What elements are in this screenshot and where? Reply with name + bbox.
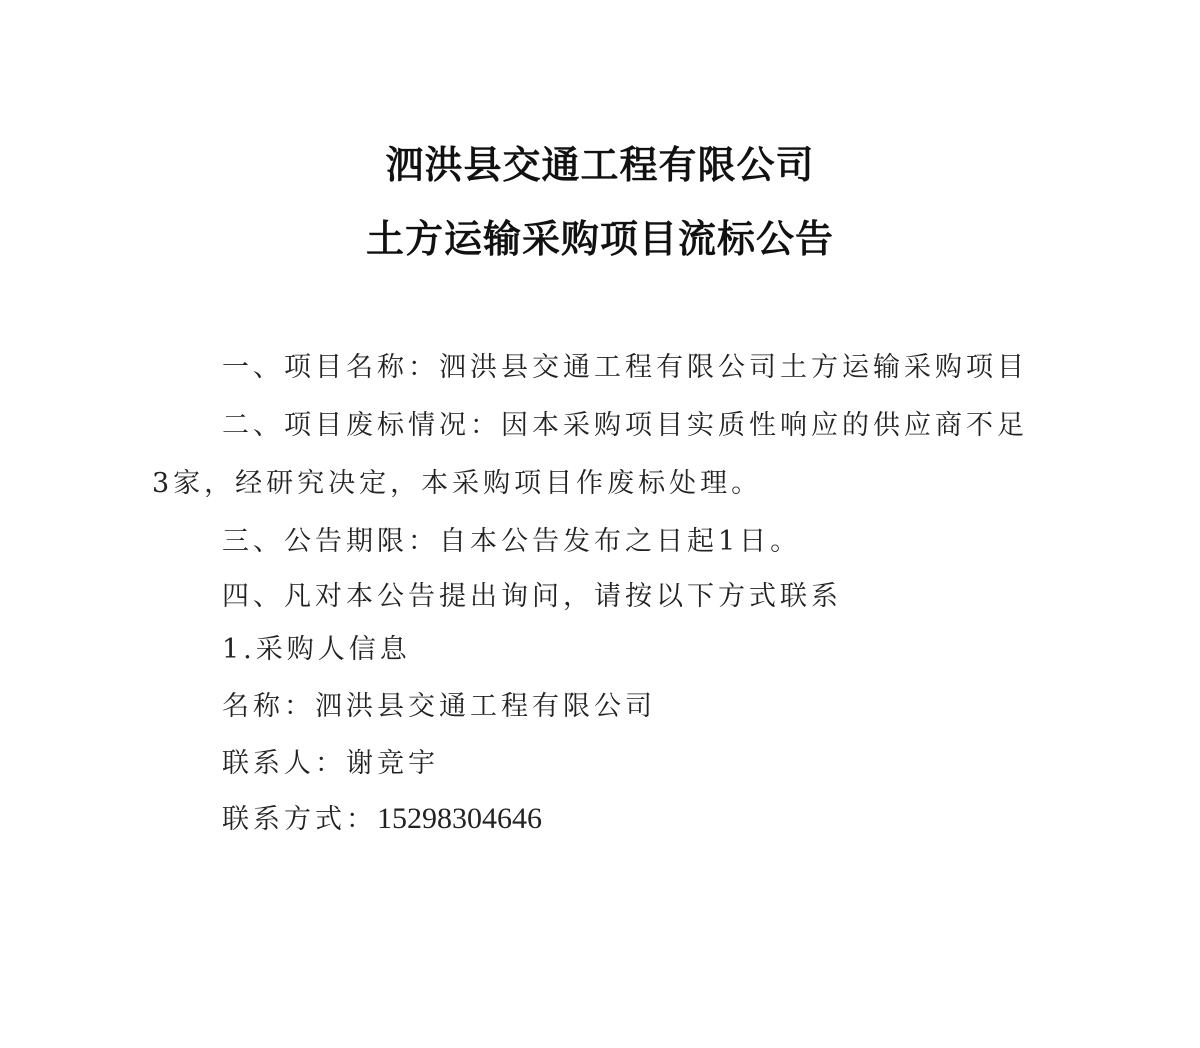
notice-period-line: 三、公告期限：自本公告发布之日起1日。 [222,519,801,558]
invalid-bid-label: 二、项目废标情况： [222,410,501,441]
invalid-bid-value: 因本采购项目实质性响应的供应商不足 [501,410,1028,441]
notice-period-value: 自本公告发布之日起1日。 [439,526,801,557]
invalid-bid-line: 二、项目废标情况：因本采购项目实质性响应的供应商不足 [222,403,1028,442]
contact-person-value: 谢竞宇 [346,748,439,779]
invalid-bid-continued: 3家，经研究决定，本采购项目作废标处理。 [152,461,762,500]
project-name-value: 泗洪县交通工程有限公司土方运输采购项目 [439,352,1028,383]
contact-phone-line: 联系方式：15298304646 [222,797,542,836]
contact-person-line: 联系人：谢竞宇 [222,741,439,780]
inquiry-line: 四、凡对本公告提出询问，请按以下方式联系 [222,574,842,613]
purchaser-name-value: 泗洪县交通工程有限公司 [315,691,656,722]
contact-person-label: 联系人： [222,748,346,779]
purchaser-info-heading: 1.采购人信息 [222,627,411,666]
contact-phone-value: 15298304646 [377,802,542,835]
title-notice: 土方运输采购项目流标公告 [0,208,1200,263]
project-name-line: 一、项目名称：泗洪县交通工程有限公司土方运输采购项目 [222,345,1028,384]
purchaser-name-label: 名称： [222,691,315,722]
title-company: 泗洪县交通工程有限公司 [0,134,1200,189]
notice-period-label: 三、公告期限： [222,526,439,557]
contact-phone-label: 联系方式： [222,804,377,835]
project-name-label: 一、项目名称： [222,352,439,383]
purchaser-name-line: 名称：泗洪县交通工程有限公司 [222,684,656,723]
